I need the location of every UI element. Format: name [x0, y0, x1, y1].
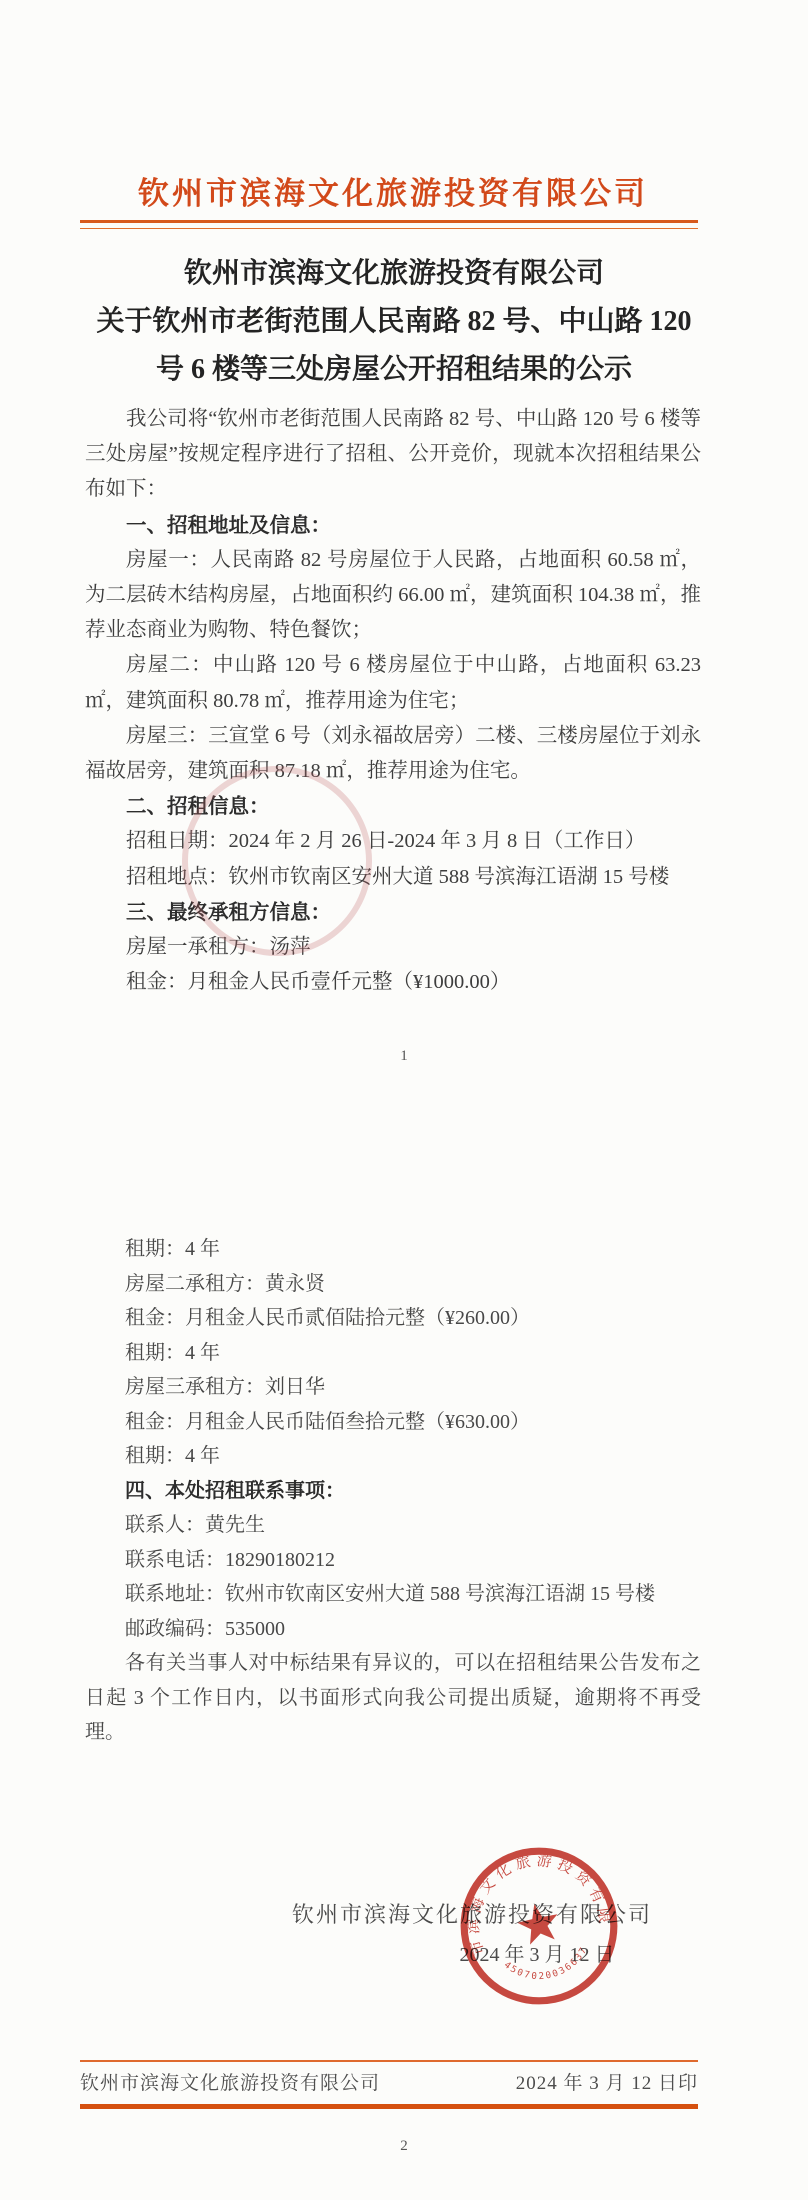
contact-address-line: 联系地址：钦州市钦南区安州大道 588 号滨海江语湖 15 号楼	[85, 1577, 701, 1612]
tenant3-line: 房屋三承租方：刘日华	[85, 1370, 701, 1405]
rent3-line: 租金：月租金人民币陆佰叁拾元整（¥630.00）	[85, 1405, 701, 1440]
term3-line: 租期：4 年	[85, 1439, 701, 1474]
footer-row: 钦州市滨海文化旅游投资有限公司 2024 年 3 月 12 日印	[80, 2068, 698, 2095]
rent2-line: 租金：月租金人民币贰佰陆拾元整（¥260.00）	[85, 1301, 701, 1336]
tenant2-line: 房屋二承租方：黄永贤	[85, 1267, 701, 1302]
masthead-rule-thick	[80, 220, 698, 223]
intro-paragraph: 我公司将“钦州市老街范围人民南路 82 号、中山路 120 号 6 楼等三处房屋…	[85, 402, 701, 508]
section3-heading: 三、最终承租方信息：	[85, 895, 701, 930]
closing-paragraph: 各有关当事人对中标结果有异议的，可以在招租结果公告发布之日起 3 个工作日内，以…	[85, 1646, 701, 1750]
document-title: 钦州市滨海文化旅游投资有限公司 关于钦州市老街范围人民南路 82 号、中山路 1…	[70, 250, 718, 394]
masthead-company-name: 钦州市滨海文化旅游投资有限公司	[85, 168, 701, 213]
footer-print-date: 2024 年 3 月 12 日印	[516, 2068, 698, 2095]
title-line-3: 号 6 楼等三处房屋公开招租结果的公示	[70, 346, 718, 394]
rent1-line: 租金：月租金人民币壹仟元整（¥1000.00）	[85, 965, 701, 1000]
scanned-announcement-document: 钦州市滨海文化旅游投资有限公司 钦州市滨海文化旅游投资有限公司 关于钦州市老街范…	[0, 0, 808, 2200]
rent-place-line: 招租地点：钦州市钦南区安州大道 588 号滨海江语湖 15 号楼	[85, 860, 701, 895]
seal-code-text: 4507020036637	[500, 1942, 594, 1990]
page1-body: 我公司将“钦州市老街范围人民南路 82 号、中山路 120 号 6 楼等三处房屋…	[85, 402, 701, 1000]
term2-line: 租期：4 年	[85, 1336, 701, 1371]
tenant1-line: 房屋一承租方：汤萍	[85, 930, 701, 965]
section2-heading: 二、招租信息：	[85, 789, 701, 824]
contact-person-line: 联系人：黄先生	[85, 1508, 701, 1543]
page2-body: 租期：4 年 房屋二承租方：黄永贤 租金：月租金人民币贰佰陆拾元整（¥260.0…	[85, 1232, 701, 1750]
footer-company: 钦州市滨海文化旅游投资有限公司	[80, 2068, 380, 2095]
term1-line: 租期：4 年	[85, 1232, 701, 1267]
svg-text:4507020036637: 4507020036637	[500, 1942, 594, 1990]
title-line-1: 钦州市滨海文化旅游投资有限公司	[70, 250, 718, 298]
footer-rule-thick	[80, 2104, 698, 2109]
seal-star-icon	[514, 1900, 562, 1947]
page2-number: 2	[0, 2138, 808, 2155]
house2-info: 房屋二：中山路 120 号 6 楼房屋位于中山路，占地面积 63.23 ㎡，建筑…	[85, 648, 701, 718]
house3-info: 房屋三：三宣堂 6 号（刘永福故居旁）二楼、三楼房屋位于刘永福故居旁，建筑面积 …	[85, 719, 701, 789]
footer-rule-thin	[80, 2060, 698, 2062]
page1-number: 1	[0, 1048, 808, 1065]
company-seal: 钦州市滨海文化旅游投资有限公司 4507020036637	[442, 1829, 637, 2024]
house1-info: 房屋一：人民南路 82 号房屋位于人民路，占地面积 60.58 ㎡，为二层砖木结…	[85, 543, 701, 649]
section4-heading: 四、本处招租联系事项：	[85, 1474, 701, 1509]
postal-code-line: 邮政编码：535000	[85, 1612, 701, 1647]
masthead-rule-thin	[80, 228, 698, 229]
title-line-2: 关于钦州市老街范围人民南路 82 号、中山路 120	[70, 298, 718, 346]
rent-date-line: 招租日期：2024 年 2 月 26 日-2024 年 3 月 8 日（工作日）	[85, 824, 701, 859]
section1-heading: 一、招租地址及信息：	[85, 508, 701, 543]
contact-phone-line: 联系电话：18290180212	[85, 1543, 701, 1578]
